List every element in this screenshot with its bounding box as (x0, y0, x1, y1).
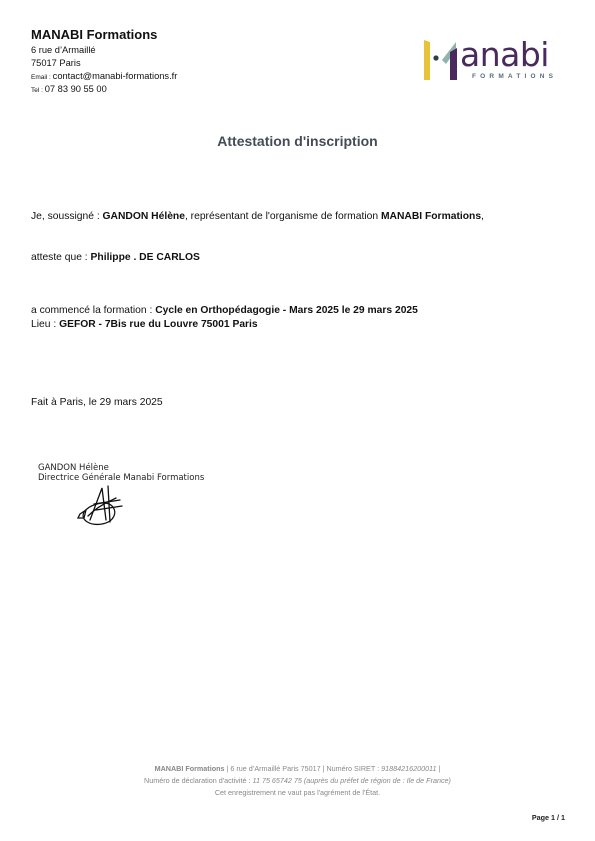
phone-number: 07 83 90 55 00 (45, 84, 107, 94)
declaration-line: Je, soussigné : GANDON Hélène, représent… (31, 211, 484, 222)
footer-declaration-number: 11 75 65742 75 (auprès du préfet de régi… (252, 776, 450, 785)
address-city: 75017 Paris (31, 58, 81, 68)
trainee-name: Philippe . DE CARLOS (91, 252, 200, 263)
document-title: Attestation d'inscription (0, 133, 595, 149)
phone-line: Tel : 07 83 90 55 00 (31, 84, 107, 94)
footer-address: | 6 rue d’Armaillé Paris 75017 | Numéro … (224, 764, 381, 773)
location-line: Lieu : GEFOR - 7Bis rue du Louvre 75001 … (31, 319, 258, 330)
email-label: Email : (31, 74, 53, 81)
logo-wordmark: anabi (460, 38, 549, 71)
email-line: Email : contact@manabi-formations.fr (31, 71, 177, 81)
page-number: Page 1 / 1 (532, 813, 565, 822)
address-street: 6 rue d’Armaillé (31, 45, 96, 55)
training-name: Cycle en Orthopédagogie - Mars 2025 le 2… (155, 305, 418, 316)
signature-name: GANDON Hélène (38, 463, 109, 473)
footer-org: MANABI Formations (155, 764, 225, 773)
phone-label: Tel : (31, 87, 45, 94)
footer-disclaimer: Cet enregistrement ne vaut pas l'agrémen… (0, 788, 595, 797)
text: Numéro de déclaration d'activité : (144, 776, 252, 785)
training-location: GEFOR - 7Bis rue du Louvre 75001 Paris (59, 319, 258, 330)
organization-name: MANABI Formations (31, 27, 157, 42)
organization-bold: MANABI Formations (381, 211, 481, 222)
text: atteste que : (31, 252, 91, 263)
email-address[interactable]: contact@manabi-formations.fr (53, 71, 178, 81)
text: , (481, 211, 484, 222)
handwritten-signature-icon (76, 482, 126, 528)
text: , représentant de l'organisme de formati… (185, 211, 381, 222)
trainee-line: atteste que : Philippe . DE CARLOS (31, 252, 200, 263)
text: Je, soussigné : (31, 211, 103, 222)
training-line: a commencé la formation : Cycle en Ortho… (31, 305, 418, 316)
place-date: Fait à Paris, le 29 mars 2025 (31, 397, 163, 408)
footer-siret: 91884216200011 (381, 764, 436, 773)
footer-declaration-line: Numéro de déclaration d'activité : 11 75… (0, 776, 595, 785)
logo-subtitle: FORMATIONS (472, 73, 557, 80)
text: Lieu : (31, 319, 59, 330)
text: | (437, 764, 441, 773)
text: a commencé la formation : (31, 305, 155, 316)
signatory-name: GANDON Hélène (103, 211, 185, 222)
footer-org-line: MANABI Formations | 6 rue d’Armaillé Par… (0, 764, 595, 773)
